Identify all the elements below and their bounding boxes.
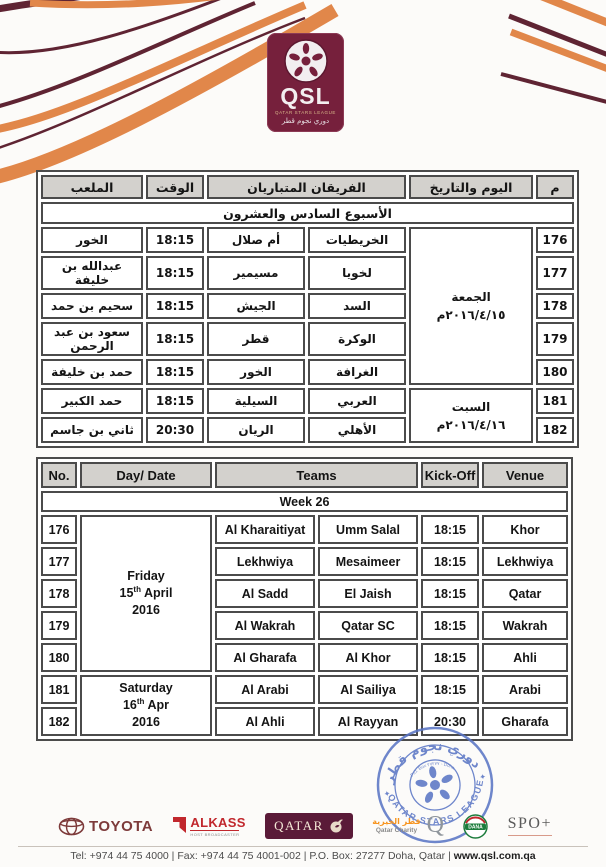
arabic-schedule-table: م اليوم والتاريخ الفريقان المتباريان الو… [36,170,579,448]
match-no: 179 [536,322,574,356]
match-no: 178 [41,579,77,608]
team-away: أم صلال [207,227,305,253]
kickoff-time: 18:15 [421,611,479,640]
day-label: Friday [83,568,209,585]
date-label-ar: ٢٠١٦/٤/١٥م [412,306,530,324]
qatar-charity-logo: قطر الخيرية Qatar Charity Q [372,815,444,837]
qsl-logo-name-ar: دوري نجوم قطر [282,117,329,125]
team-home: العربي [308,388,406,414]
alkass-flag-icon [172,816,187,834]
date-label-ar: ٢٠١٦/٤/١٦م [412,416,530,434]
week-label: Week 26 [41,491,568,512]
alkass-logo: ALKASS HOST BROADCASTER [172,816,245,837]
match-no: 176 [536,227,574,253]
match-daydate-friday: Friday 15th April 2016 [80,515,212,672]
venue: سحيم بن حمد [41,293,143,319]
team-home: الغرافة [308,359,406,385]
english-schedule-table: No. Day/ Date Teams Kick-Off Venue Week … [36,457,573,741]
venue: حمد الكبير [41,388,143,414]
stamp-star-left: ✦ [383,789,391,799]
col-header-no: No. [41,462,77,488]
match-daydate-friday-ar: الجمعة ٢٠١٦/٤/١٥م [409,227,533,385]
col-header-daydate-ar: اليوم والتاريخ [409,175,533,199]
qatar-charity-english: Qatar Charity [376,827,417,835]
team-away: El Jaish [318,579,418,608]
venue: Ahli [482,643,568,672]
venue: Qatar [482,579,568,608]
match-no: 177 [41,547,77,576]
top-right-stripes-decoration [421,0,606,112]
col-header-venue: Venue [482,462,568,488]
match-no: 178 [536,293,574,319]
match-no: 181 [41,675,77,704]
kickoff-time: 18:15 [146,256,204,290]
kickoff-time: 18:15 [421,675,479,704]
sponsor-logos-row: TOYOTA ALKASS HOST BROADCASTER QATAR قطر… [58,808,552,844]
kickoff-time: 18:15 [146,227,204,253]
team-home: Lekhwiya [215,547,315,576]
venue: Wakrah [482,611,568,640]
kickoff-time: 18:15 [146,388,204,414]
qsl-logo-name-en: QATAR STARS LEAGUE [275,110,336,115]
col-header-daydate: Day/ Date [80,462,212,488]
match-no: 177 [536,256,574,290]
table-header-row: No. Day/ Date Teams Kick-Off Venue [41,462,568,488]
team-home: Al Arabi [215,675,315,704]
team-home: السد [308,293,406,319]
week-banner-row: الأسبوع السادس والعشرون [41,202,574,224]
team-away: Al Khor [318,643,418,672]
qatar-wordmark: QATAR [274,818,324,834]
toyota-wordmark: TOYOTA [89,818,153,835]
footer-contact-line: Tel: +974 44 75 4000 | Fax: +974 44 75 4… [0,850,606,862]
match-no: 180 [536,359,574,385]
qatar-charity-q-mark: Q [427,815,444,837]
team-home: Al Gharafa [215,643,315,672]
day-label: Saturday [83,680,209,697]
kickoff-time: 18:15 [421,643,479,672]
kickoff-time: 18:15 [146,359,204,385]
venue: ثاني بن جاسم [41,417,143,443]
alkass-wordmark: ALKASS [190,816,245,829]
col-header-teams: Teams [215,462,418,488]
qatar-charity-arabic: قطر الخيرية [372,817,420,827]
col-header-venue-ar: الملعب [41,175,143,199]
team-away: الريان [207,417,305,443]
venue: سعود بن عبد الرحمن [41,322,143,356]
dana-logo: DANA [463,814,488,839]
team-home: الوكرة [308,322,406,356]
table-row: 181 السبت ٢٠١٦/٤/١٦م العربي السيلية 18:1… [41,388,574,414]
venue: Lekhwiya [482,547,568,576]
alkass-tagline: HOST BROADCASTER [190,830,239,837]
team-away: الخور [207,359,305,385]
match-no: 180 [41,643,77,672]
team-away: Qatar SC [318,611,418,640]
footer-contact-text: Tel: +974 44 75 4000 | Fax: +974 44 75 4… [70,850,453,862]
stamp-star-right: ✦ [479,772,487,782]
col-header-teams-ar: الفريقان المتباريان [207,175,406,199]
spo-wordmark: SPO+ [508,816,552,832]
week-label-ar: الأسبوع السادس والعشرون [41,202,574,224]
footer-divider [18,846,588,847]
kickoff-time: 18:15 [421,515,479,544]
team-home: الأهلي [308,417,406,443]
venue: حمد بن خليفة [41,359,143,385]
match-daydate-saturday: Saturday 16th Apr 2016 [80,675,212,736]
date-label: 16th Apr [83,697,209,714]
schedule-document-page: QSL QATAR STARS LEAGUE دوري نجوم قطر م ا… [0,0,606,867]
table-header-row: م اليوم والتاريخ الفريقان المتباريان الو… [41,175,574,199]
spo-tagline-line [508,835,552,836]
venue: Gharafa [482,707,568,736]
match-no: 182 [41,707,77,736]
venue: Khor [482,515,568,544]
year-label: 2016 [83,714,209,731]
toyota-emblem-icon [58,817,85,836]
team-home: Al Ahli [215,707,315,736]
toyota-logo: TOYOTA [58,817,153,836]
team-away: الجيش [207,293,305,319]
team-away: Al Sailiya [318,675,418,704]
kickoff-time: 18:15 [421,579,479,608]
team-home: Al Sadd [215,579,315,608]
team-home: Al Kharaitiyat [215,515,315,544]
match-no: 179 [41,611,77,640]
year-label: 2016 [83,602,209,619]
col-header-kickoff: Kick-Off [421,462,479,488]
oryx-icon [328,818,344,834]
venue: الخور [41,227,143,253]
match-daydate-saturday-ar: السبت ٢٠١٦/٤/١٦م [409,388,533,443]
team-away: Umm Salal [318,515,418,544]
team-away: مسيمير [207,256,305,290]
table-row: 176 الجمعة ٢٠١٦/٤/١٥م الخريطيات أم صلال … [41,227,574,253]
kickoff-time: 20:30 [146,417,204,443]
col-header-time-ar: الوقت [146,175,204,199]
venue: عبدالله بن خليفة [41,256,143,290]
day-label-ar: السبت [412,398,530,416]
spo-plus-logo: SPO+ [508,816,552,836]
table-row: 181 Saturday 16th Apr 2016 Al Arabi Al S… [41,675,568,704]
soccer-ball-icon [283,38,329,84]
team-home: الخريطيات [308,227,406,253]
team-home: Al Wakrah [215,611,315,640]
kickoff-time: 18:15 [146,293,204,319]
week-banner-row: Week 26 [41,491,568,512]
dana-wordmark: DANA [469,824,484,830]
day-label-ar: الجمعة [412,288,530,306]
team-home: لخويا [308,256,406,290]
dana-emblem-icon: DANA [463,814,488,839]
venue: Arabi [482,675,568,704]
kickoff-time: 18:15 [146,322,204,356]
match-no: 176 [41,515,77,544]
match-no: 182 [536,417,574,443]
col-header-no-ar: م [536,175,574,199]
kickoff-time: 18:15 [421,547,479,576]
qsl-logo-abbr: QSL [280,85,330,108]
team-away: Mesaimeer [318,547,418,576]
team-away: قطر [207,322,305,356]
table-row: 176 Friday 15th April 2016 Al Kharaitiya… [41,515,568,544]
date-label: 15th April [83,585,209,602]
match-no: 181 [536,388,574,414]
footer-website: www.qsl.com.qa [454,850,536,862]
qatar-airways-logo: QATAR [265,813,353,839]
qsl-logo: QSL QATAR STARS LEAGUE دوري نجوم قطر [267,33,344,132]
team-away: السيلية [207,388,305,414]
